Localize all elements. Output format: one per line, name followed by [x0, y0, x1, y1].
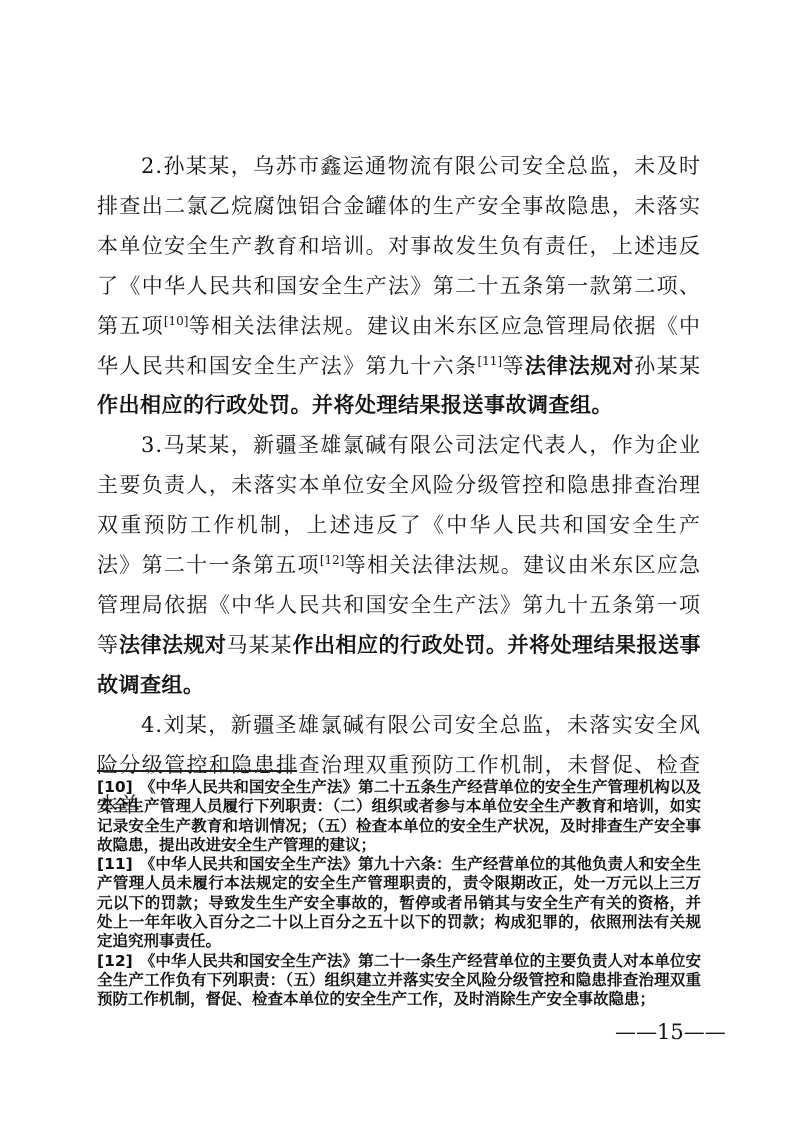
paragraph-text-emphasis: 法律法规对	[119, 633, 227, 657]
footnote-ref-11: [11]	[477, 354, 502, 368]
footnote-marker: [11]	[97, 855, 133, 873]
paragraph-text-emphasis: 作出相应的行政处罚。并将处理结果报送事故调查组。	[97, 393, 613, 417]
paragraph-text: 等	[502, 354, 525, 378]
footnote-marker: [10]	[97, 778, 133, 796]
paragraph-text: 马某某	[227, 633, 293, 657]
paragraph-text: 2.孙某某，乌苏市鑫运通物流有限公司安全总监，未及时排查出二氯乙烷腐蚀铝合金罐体…	[97, 154, 701, 338]
paragraph-responsible-person-3: 3.马某某，新疆圣雄氯碱有限公司法定代表人，作为企业主要负责人，未落实本单位安全…	[97, 426, 701, 705]
footnote-11: [11]《中华人民共和国安全生产法》第九十六条：生产经营单位的其他负责人和安全生…	[97, 855, 701, 951]
footnote-text: 《中华人民共和国安全生产法》第二十一条生产经营单位的主要负责人对本单位安全生产工…	[97, 952, 701, 1009]
footnote-12: [12]《中华人民共和国安全生产法》第二十一条生产经营单位的主要负责人对本单位安…	[97, 952, 701, 1010]
body-text: 2.孙某某，乌苏市鑫运通物流有限公司安全总监，未及时排查出二氯乙烷腐蚀铝合金罐体…	[97, 147, 701, 825]
document-page: 2.孙某某，乌苏市鑫运通物流有限公司安全总监，未及时排查出二氯乙烷腐蚀铝合金罐体…	[0, 0, 793, 1122]
paragraph-text: 孙某某	[634, 354, 701, 378]
footnote-ref-10: [10]	[164, 314, 189, 328]
footnote-10: [10]《中华人民共和国安全生产法》第二十五条生产经营单位的安全生产管理机构以及…	[97, 778, 701, 855]
footnote-separator-line	[97, 770, 297, 772]
footnote-marker: [12]	[97, 952, 133, 970]
footnote-ref-12: [12]	[320, 553, 345, 567]
footnote-text: 《中华人民共和国安全生产法》第二十五条生产经营单位的安全生产管理机构以及安全生产…	[97, 778, 701, 854]
footnote-text: 《中华人民共和国安全生产法》第九十六条：生产经营单位的其他负责人和安全生产管理人…	[97, 855, 701, 950]
paragraph-responsible-person-2: 2.孙某某，乌苏市鑫运通物流有限公司安全总监，未及时排查出二氯乙烷腐蚀铝合金罐体…	[97, 147, 701, 426]
footnotes-section: [10]《中华人民共和国安全生产法》第二十五条生产经营单位的安全生产管理机构以及…	[97, 770, 701, 1010]
paragraph-text-emphasis: 法律法规对	[525, 354, 634, 378]
page-number: ——15——	[615, 1020, 726, 1044]
